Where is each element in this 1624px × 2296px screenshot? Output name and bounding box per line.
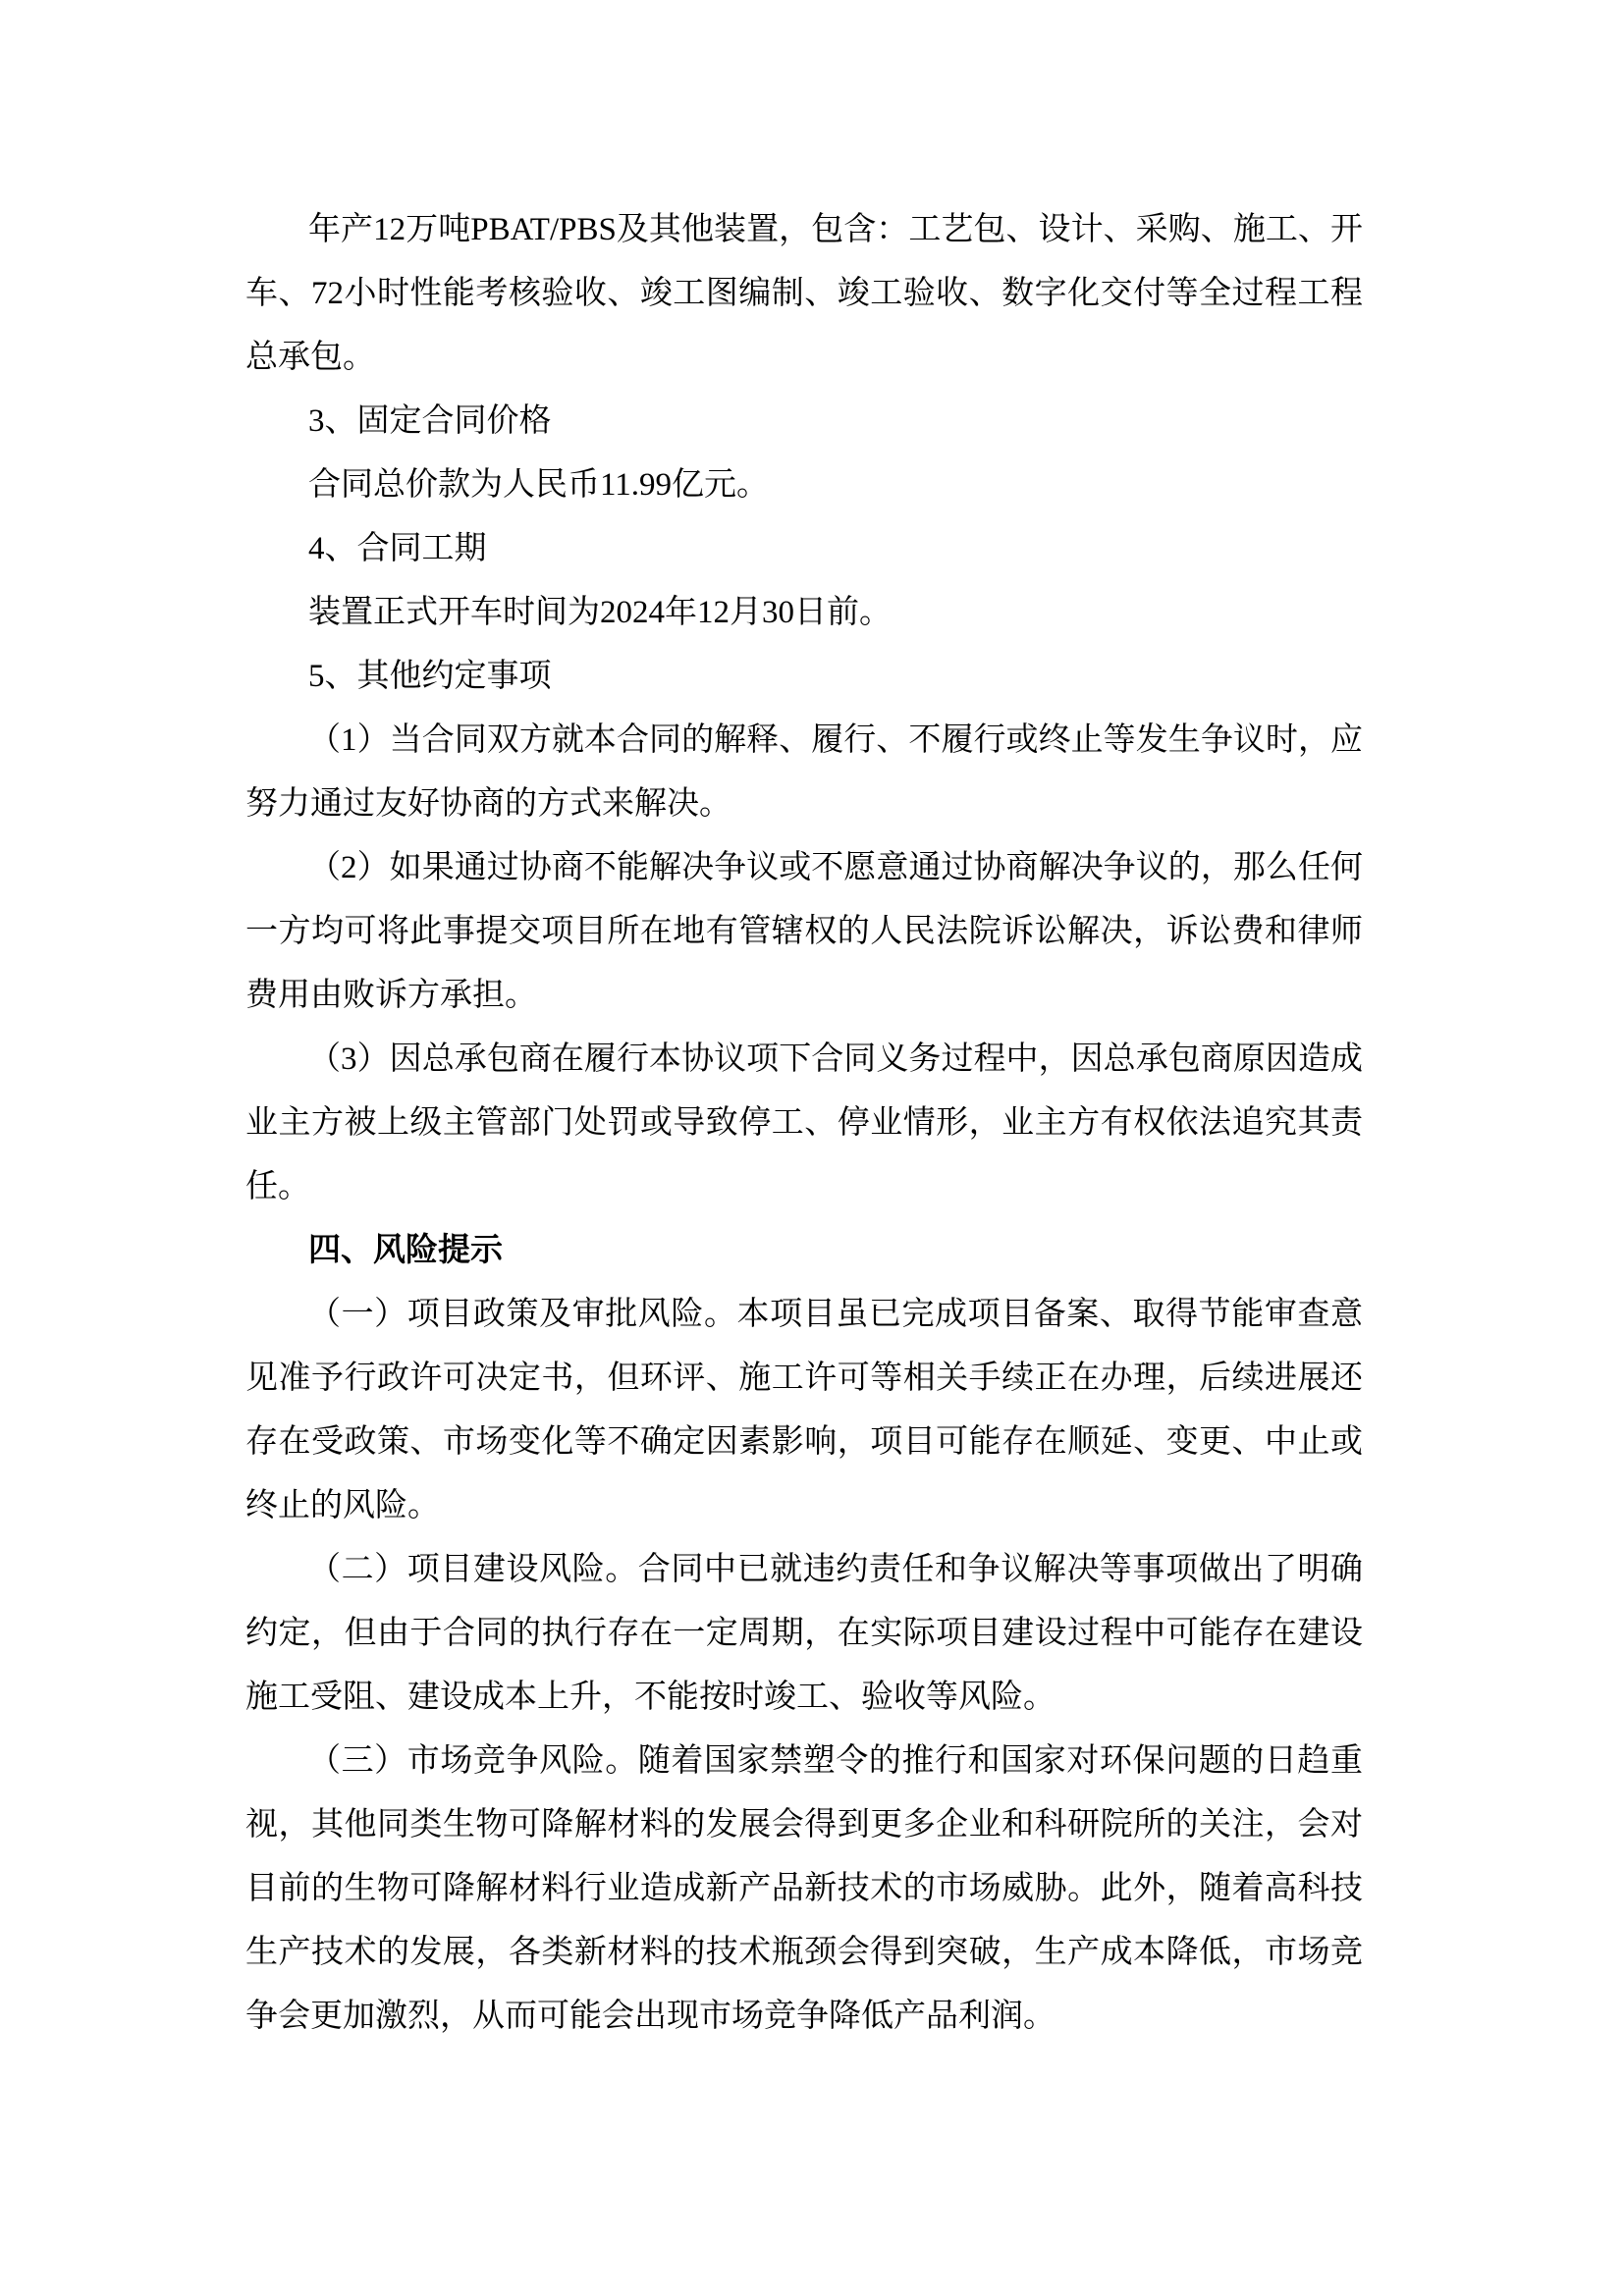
text-line: 生产技术的发展，各类新材料的技术瓶颈会得到突破，生产成本降低，市场竞 [245, 1921, 1363, 1985]
document-page: 年产12万吨PBAT/PBS及其他装置，包含：工艺包、设计、采购、施工、开车、7… [0, 0, 1624, 2296]
text-line: 车、72小时性能考核验收、竣工图编制、竣工验收、数字化交付等全过程工程 [245, 262, 1363, 326]
text-line: 一方均可将此事提交项目所在地有管辖权的人民法院诉讼解决，诉讼费和律师 [245, 900, 1363, 964]
paragraph: 合同总价款为人民币11.99亿元。 [245, 454, 1363, 517]
text-line: 4、合同工期 [245, 517, 1363, 581]
text-line: （1）当合同双方就本合同的解释、履行、不履行或终止等发生争议时，应 [245, 709, 1363, 773]
paragraph: （2）如果通过协商不能解决争议或不愿意通过协商解决争议的，那么任何一方均可将此事… [245, 836, 1363, 1028]
text-line: 费用由败诉方承担。 [245, 964, 1363, 1028]
text-line: （2）如果通过协商不能解决争议或不愿意通过协商解决争议的，那么任何 [245, 836, 1363, 900]
text-line: 年产12万吨PBAT/PBS及其他装置，包含：工艺包、设计、采购、施工、开 [245, 198, 1363, 262]
text-line: 施工受阻、建设成本上升，不能按时竣工、验收等风险。 [245, 1666, 1363, 1730]
paragraph: （二）项目建设风险。合同中已就违约责任和争议解决等事项做出了明确约定，但由于合同… [245, 1538, 1363, 1730]
paragraph: 5、其他约定事项 [245, 645, 1363, 709]
paragraph: 3、固定合同价格 [245, 390, 1363, 454]
text-line: 视，其他同类生物可降解材料的发展会得到更多企业和科研院所的关注，会对 [245, 1793, 1363, 1857]
text-line: 目前的生物可降解材料行业造成新产品新技术的市场威胁。此外，随着高科技 [245, 1857, 1363, 1921]
paragraph: （1）当合同双方就本合同的解释、履行、不履行或终止等发生争议时，应努力通过友好协… [245, 709, 1363, 836]
text-line: 终止的风险。 [245, 1474, 1363, 1538]
paragraph: 4、合同工期 [245, 517, 1363, 581]
text-line: 存在受政策、市场变化等不确定因素影响，项目可能存在顺延、变更、中止或 [245, 1411, 1363, 1474]
text-line: （一）项目政策及审批风险。本项目虽已完成项目备案、取得节能审查意 [245, 1283, 1363, 1347]
text-line: （三）市场竞争风险。随着国家禁塑令的推行和国家对环保问题的日趋重 [245, 1730, 1363, 1793]
text-line: 5、其他约定事项 [245, 645, 1363, 709]
text-line: 业主方被上级主管部门处罚或导致停工、停业情形，业主方有权依法追究其责 [245, 1092, 1363, 1155]
paragraph: 装置正式开车时间为2024年12月30日前。 [245, 581, 1363, 645]
text-line: 四、风险提示 [245, 1219, 1363, 1283]
paragraph: （3）因总承包商在履行本协议项下合同义务过程中，因总承包商原因造成业主方被上级主… [245, 1028, 1363, 1219]
text-line: 任。 [245, 1155, 1363, 1219]
section-heading: 四、风险提示 [245, 1219, 1363, 1283]
text-line: 3、固定合同价格 [245, 390, 1363, 454]
text-line: 见准予行政许可决定书，但环评、施工许可等相关手续正在办理，后续进展还 [245, 1347, 1363, 1411]
paragraph: （三）市场竞争风险。随着国家禁塑令的推行和国家对环保问题的日趋重视，其他同类生物… [245, 1730, 1363, 2049]
text-line: （3）因总承包商在履行本协议项下合同义务过程中，因总承包商原因造成 [245, 1028, 1363, 1092]
text-line: 约定，但由于合同的执行存在一定周期，在实际项目建设过程中可能存在建设 [245, 1602, 1363, 1666]
text-line: 合同总价款为人民币11.99亿元。 [245, 454, 1363, 517]
text-line: 争会更加激烈，从而可能会出现市场竞争降低产品利润。 [245, 1985, 1363, 2049]
text-line: （二）项目建设风险。合同中已就违约责任和争议解决等事项做出了明确 [245, 1538, 1363, 1602]
text-line: 努力通过友好协商的方式来解决。 [245, 773, 1363, 836]
document-body: 年产12万吨PBAT/PBS及其他装置，包含：工艺包、设计、采购、施工、开车、7… [245, 198, 1363, 2049]
text-line: 总承包。 [245, 326, 1363, 390]
paragraph: （一）项目政策及审批风险。本项目虽已完成项目备案、取得节能审查意见准予行政许可决… [245, 1283, 1363, 1538]
paragraph: 年产12万吨PBAT/PBS及其他装置，包含：工艺包、设计、采购、施工、开车、7… [245, 198, 1363, 390]
text-line: 装置正式开车时间为2024年12月30日前。 [245, 581, 1363, 645]
